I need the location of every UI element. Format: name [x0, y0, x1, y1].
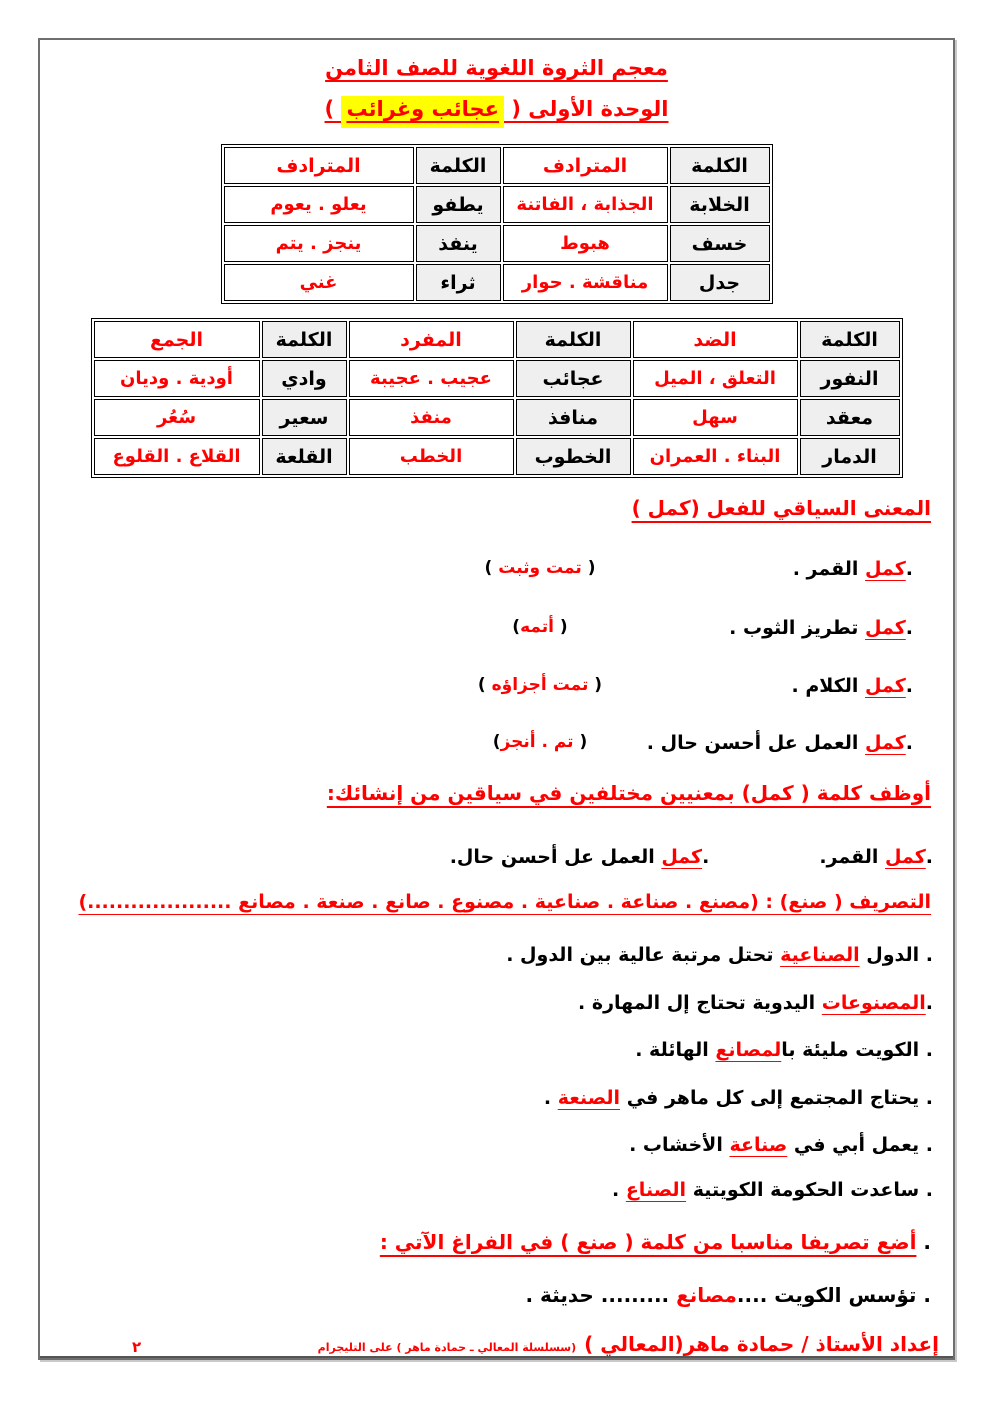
section-heading-contextual-meaning: المعنى السياقي للفعل (كمل ): [632, 496, 931, 520]
sentence-rest: القمر .: [793, 558, 865, 580]
sentence-pre: . الدول: [860, 944, 933, 966]
table-cell: معقد: [800, 399, 900, 436]
example-sentence: .كمل الكلام .: [792, 675, 913, 697]
answer-text: تمت وثبت: [498, 558, 582, 578]
sentence-post: الهائلة .: [635, 1039, 715, 1061]
fill-answer-word: مصانع: [676, 1283, 737, 1307]
sentence-rest: تطريز الثوب .: [729, 617, 865, 639]
table-row: الدمار البناء . العمران الخطوب الخطب الق…: [94, 438, 900, 475]
table-row: جدل مناقشة . حوار ثراء غني: [224, 264, 770, 301]
table-cell: الخلابة: [670, 186, 770, 223]
table-cell: القلعة: [262, 438, 347, 475]
answer-text: تم . أنجز: [501, 732, 574, 752]
footer-author: إعداد الأستاذ / حمادة ماهر(المعالي ): [584, 1332, 939, 1356]
sentence-pre: . يحتاج المجتمع إلى كل ماهر في: [620, 1087, 933, 1109]
table-cell: الخطب: [349, 438, 514, 475]
conjugated-word: المصنوعات: [822, 992, 926, 1014]
subtitle-highlight: عجائب وغرائب: [341, 96, 504, 128]
fill-blank-sentence: . تؤسس الكويت ....مصانع ......... حديثة …: [525, 1283, 931, 1307]
paren-close: ): [493, 732, 501, 752]
sentence-pre: . تؤسس الكويت ....: [737, 1283, 931, 1307]
conjugated-word: صناعة: [729, 1134, 787, 1156]
answer-parenthetical: ( أتمه): [425, 617, 655, 637]
table-cell: سُعُر: [94, 399, 260, 436]
bullet-dot: .: [916, 1230, 931, 1254]
table-cell: مناقشة . حوار: [503, 264, 668, 301]
table-cell: النفور: [800, 360, 900, 397]
employ-right-sentence: .كمل القمر.: [819, 846, 933, 868]
sentence-rest: الكلام .: [792, 675, 866, 697]
sentence-post: تحتل مرتبة عالية بين الدول .: [506, 944, 780, 966]
table-cell: منفذ: [349, 399, 514, 436]
table-row: الخلابة الجذابة ، الفاتنة يطفو يعلو . يع…: [224, 186, 770, 223]
table-cell: عجائب: [516, 360, 631, 397]
header-cell-word: الكلمة: [262, 321, 347, 358]
answer-text: أتمه: [520, 617, 554, 637]
header-cell-singular: المفرد: [349, 321, 514, 358]
footer: إعداد الأستاذ / حمادة ماهر(المعالي )(سسل…: [318, 1332, 939, 1356]
header-cell-opposite: الضد: [633, 321, 798, 358]
header-cell-synonym: المترادف: [224, 147, 414, 184]
kamal-example-line: ( أتمه) .كمل تطريز الثوب .: [40, 617, 953, 647]
paren-close: ): [478, 675, 492, 695]
page-subtitle: الوحدة الأولى ( عجائب وغرائب ): [40, 97, 953, 121]
conjugation-sentence: . الكويت مليئة بالمصانع الهائلة .: [635, 1037, 933, 1064]
table-row: النفور التعلق ، الميل عجائب عجيب . عجيبة…: [94, 360, 900, 397]
sentence-pre: . يعمل أبي في: [787, 1134, 933, 1156]
bullet-dot: .: [906, 675, 913, 697]
table-header-row: الكلمة المترادف الكلمة المترادف: [224, 147, 770, 184]
footer-divider-line: [40, 1356, 953, 1358]
example-sentence: .كمل العمل عل أحسن حال .: [647, 732, 913, 754]
kamal-word: كمل: [661, 846, 702, 868]
table-row: معقد سهل منافذ منفذ سعير سُعُر: [94, 399, 900, 436]
header-cell-synonym: المترادف: [503, 147, 668, 184]
section-heading-employ-word: أوظف كلمة ( كمل) بمعنيين مختلفين في سياق…: [327, 781, 931, 805]
table-cell: أودية . وديان: [94, 360, 260, 397]
table-cell: هبوط: [503, 225, 668, 262]
table-cell: الجذابة ، الفاتنة: [503, 186, 668, 223]
conjugated-word: الصناع: [626, 1179, 686, 1201]
paren-open: (: [588, 675, 602, 695]
header-cell-word: الكلمة: [670, 147, 770, 184]
sentence-pre: . الكويت مليئة با: [781, 1039, 933, 1061]
header-cell-word: الكلمة: [800, 321, 900, 358]
table-cell: القلاع . القلوع: [94, 438, 260, 475]
bullet-dot: .: [906, 617, 913, 639]
table-cell: منافذ: [516, 399, 631, 436]
sentence-pre: .: [926, 992, 933, 1014]
bullet-dot: .: [906, 558, 913, 580]
sentence-rest: القمر.: [819, 846, 885, 868]
table-cell: يعلو . يعوم: [224, 186, 414, 223]
kamal-example-line: ( تمت أجزاؤه ) .كمل الكلام .: [40, 675, 953, 705]
conjugation-sentence: . الدول الصناعية تحتل مرتبة عالية بين ال…: [506, 942, 933, 969]
bullet-dot: .: [906, 732, 913, 754]
sentence-post: الأخشاب .: [629, 1134, 729, 1156]
sentence-post: اليدوية تحتاج إل المهارة .: [578, 992, 822, 1014]
table-cell: ينجز . يتم: [224, 225, 414, 262]
table-cell: وادي: [262, 360, 347, 397]
conjugated-word: الصنعة: [558, 1087, 620, 1109]
table-cell: الخطوب: [516, 438, 631, 475]
example-sentence: .كمل تطريز الثوب .: [729, 617, 913, 639]
paren-open: (: [582, 558, 596, 578]
table-cell: خسف: [670, 225, 770, 262]
table-cell: البناء . العمران: [633, 438, 798, 475]
sentence-post: ......... حديثة .: [525, 1283, 676, 1307]
synonyms-table: الكلمة المترادف الكلمة المترادف الخلابة …: [221, 144, 773, 304]
footer-series-note: (سسلسلة المعالي ـ حمادة ماهر ) على التلي…: [318, 1341, 576, 1354]
answer-parenthetical: ( تمت وثبت ): [425, 558, 655, 578]
bullet-dot: .: [926, 846, 933, 868]
page-title: معجم الثروة اللغوية للصف الثامن: [40, 56, 953, 80]
table-cell: ثراء: [416, 264, 501, 301]
fill-heading-text: أضع تصريفا مناسبا من كلمة ( صنع ) في الف…: [380, 1230, 917, 1254]
table-cell: الدمار: [800, 438, 900, 475]
conjugated-word: لمصانع: [715, 1039, 781, 1061]
employ-examples-line: .كمل القمر..كمل العمل عل أحسن حال.: [450, 846, 933, 868]
page-border-frame: معجم الثروة اللغوية للصف الثامن الوحدة ا…: [38, 38, 955, 1360]
conjugation-sentence: .المصنوعات اليدوية تحتاج إل المهارة .: [578, 990, 933, 1017]
header-cell-plural: الجمع: [94, 321, 260, 358]
kamal-example-line: ( تمت وثبت ) .كمل القمر .: [40, 558, 953, 588]
answer-text: تمت أجزاؤه: [492, 675, 589, 695]
conjugation-sentence: . ساعدت الحكومة الكويتية الصناع .: [612, 1177, 933, 1204]
header-cell-word: الكلمة: [516, 321, 631, 358]
subtitle-suffix: ): [325, 97, 342, 121]
section-heading-fill-blank: . أضع تصريفا مناسبا من كلمة ( صنع ) في ا…: [380, 1230, 931, 1254]
kamal-word: كمل: [865, 558, 906, 580]
kamal-word: كمل: [865, 675, 906, 697]
kamal-word: كمل: [885, 846, 926, 868]
paren-close: ): [485, 558, 499, 578]
table-cell: سهل: [633, 399, 798, 436]
table-cell: ينفذ: [416, 225, 501, 262]
answer-parenthetical: ( تمت أجزاؤه ): [425, 675, 655, 695]
sentence-rest: العمل عل أحسن حال.: [450, 846, 662, 868]
sentence-post: .: [544, 1087, 558, 1109]
sentence-rest: العمل عل أحسن حال .: [647, 732, 865, 754]
table-cell: يطفو: [416, 186, 501, 223]
subtitle-prefix: الوحدة الأولى (: [504, 97, 668, 121]
paren-close: ): [512, 617, 520, 637]
employ-left-sentence: .كمل العمل عل أحسن حال.: [450, 846, 710, 868]
kamal-word: كمل: [865, 617, 906, 639]
table-cell: عجيب . عجيبة: [349, 360, 514, 397]
table-row: خسف هبوط ينفذ ينجز . يتم: [224, 225, 770, 262]
sentence-pre: . ساعدت الحكومة الكويتية: [686, 1179, 933, 1201]
conjugated-word: الصناعية: [780, 944, 860, 966]
table-cell: سعير: [262, 399, 347, 436]
bullet-dot: .: [702, 846, 709, 868]
table-cell: التعلق ، الميل: [633, 360, 798, 397]
paren-open: (: [574, 732, 588, 752]
paren-open: (: [554, 617, 568, 637]
conjugation-sentence: . يعمل أبي في صناعة الأخشاب .: [629, 1132, 933, 1159]
opposite-singular-plural-table: الكلمة الضد الكلمة المفرد الكلمة الجمع ا…: [91, 318, 903, 478]
kamal-word: كمل: [865, 732, 906, 754]
section-heading-conjugation: التصريف ( صنع) : (مصنع . صناعة . صناعية …: [78, 891, 931, 913]
page-number: ٢: [132, 1338, 141, 1356]
conjugation-sentence: . يحتاج المجتمع إلى كل ماهر في الصنعة .: [544, 1085, 933, 1112]
table-cell: غني: [224, 264, 414, 301]
header-cell-word: الكلمة: [416, 147, 501, 184]
answer-parenthetical: ( تم . أنجز): [425, 732, 655, 752]
table-cell: جدل: [670, 264, 770, 301]
kamal-example-line: ( تم . أنجز) .كمل العمل عل أحسن حال .: [40, 732, 953, 762]
table-header-row: الكلمة الضد الكلمة المفرد الكلمة الجمع: [94, 321, 900, 358]
sentence-post: .: [612, 1179, 626, 1201]
example-sentence: .كمل القمر .: [793, 558, 913, 580]
